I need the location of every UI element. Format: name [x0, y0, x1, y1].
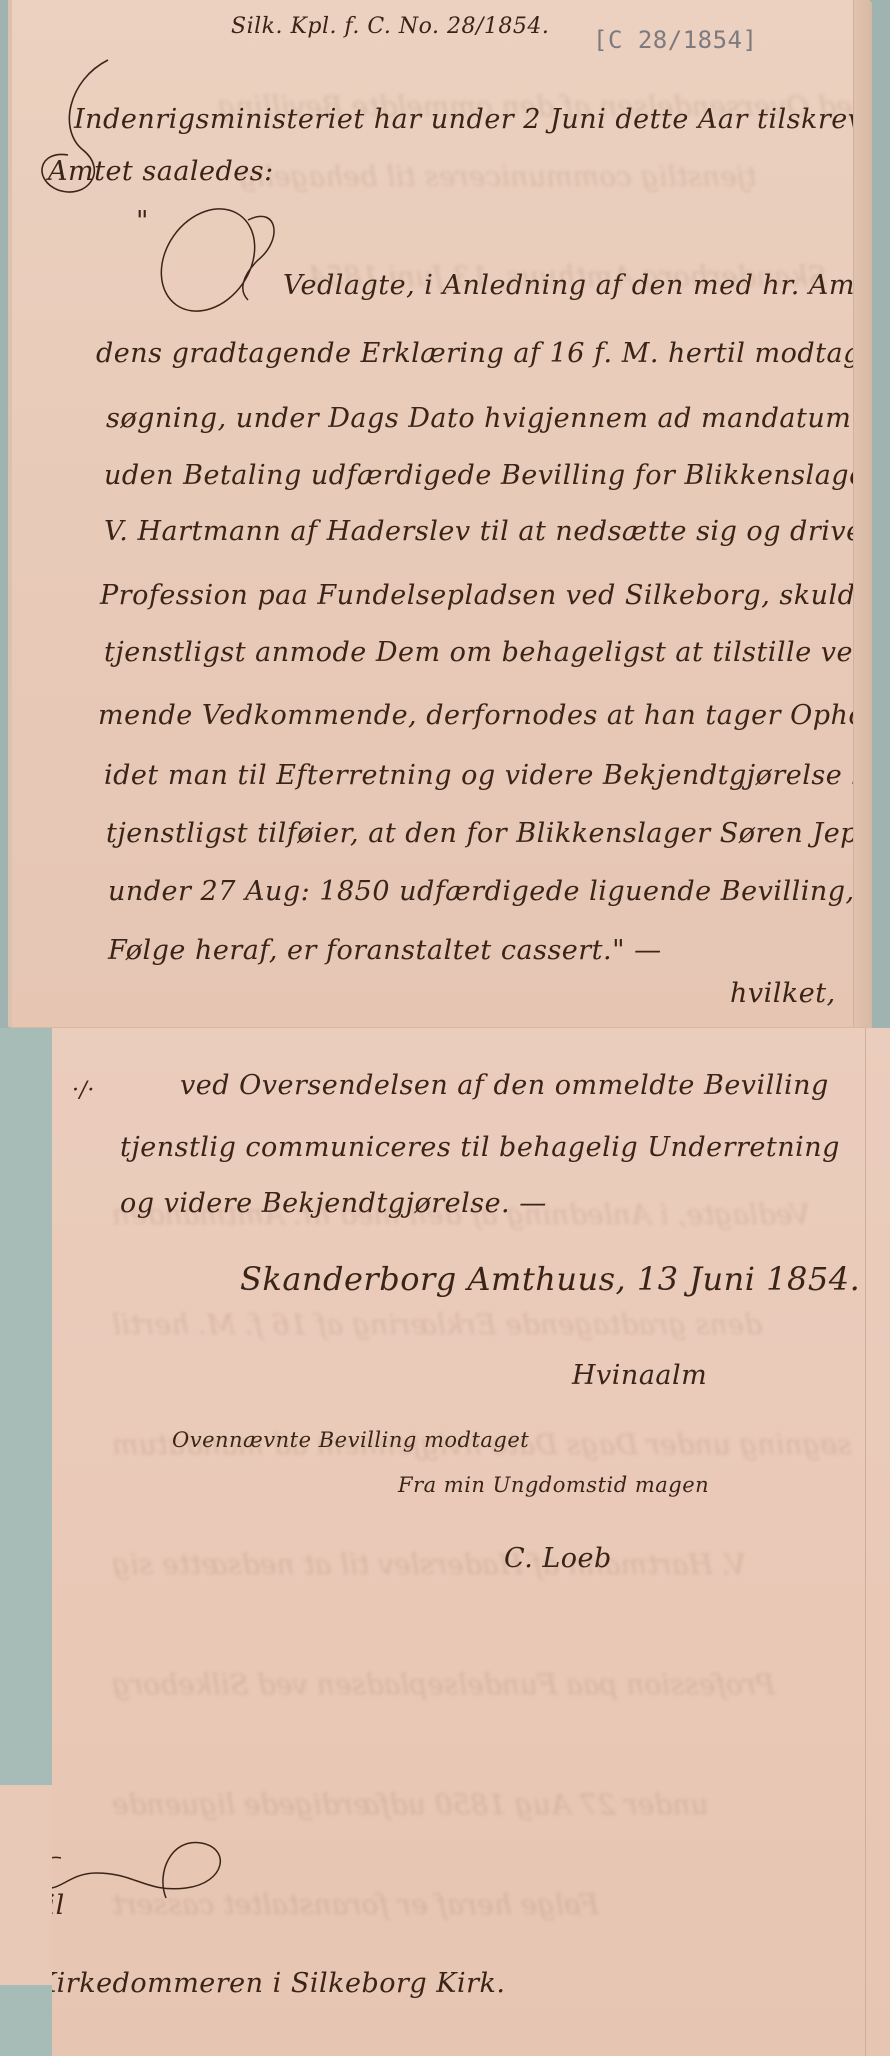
flourish-v-initial-icon [153, 200, 293, 320]
margin-mark: ·/· [72, 1078, 95, 1103]
receipt-note-line-1: Ovennævnte Bevilling modtaget [172, 1428, 529, 1452]
bottom-body-line-2: tjenstlig communiceres til behagelig Und… [120, 1132, 840, 1163]
opening-line-1: Indenrigsministeriet har under 2 Juni de… [74, 104, 870, 135]
body-line-9: idet man til Efterretning og videre Bekj… [104, 760, 870, 791]
letter-page-top: ved Oversendelsen af den ommeldte Bevill… [8, 0, 870, 1027]
flourish-til-icon [52, 1828, 246, 1918]
body-line-3: søgning, under Dags Dato hvigjennem ad m… [106, 403, 870, 434]
opening-line-2: Amtet saaledes: [48, 156, 274, 187]
letter-page-bottom: Vedlagte, i Anledning af den med hr. Amt… [52, 1028, 890, 2056]
place-date: Skanderborg Amthuus, 13 Juni 1854. [240, 1260, 860, 1298]
signature: Hvinaalm [572, 1360, 707, 1391]
body-line-12: Følge heraf, er foranstaltet cassert." — [108, 935, 662, 966]
body-line-4: uden Betaling udfærdigede Bevilling for … [104, 460, 870, 491]
bleed-through-text: Profession paa Fundelsepladsen ved Silke… [112, 1668, 775, 1701]
page-edge [865, 1028, 866, 2056]
bleed-through-text: tjenstlig communiceres til behagelig [238, 160, 757, 193]
header-reference: Silk. Kpl. f. C. No. 28/1854. [231, 14, 549, 39]
address-to: Til [52, 1890, 65, 1921]
underlying-sheet [0, 1785, 52, 1985]
bleed-through-text: dens gradtagende Erklæring af 16 f. M. h… [112, 1308, 762, 1341]
address-line: Kirkedommeren i Silkeborg Kirk. [52, 1968, 505, 1999]
body-line-6: Profession paa Fundelsepladsen ved Silke… [100, 580, 870, 611]
archive-stamp: [C 28/1854] [593, 26, 757, 54]
continuation-word: hvilket, [730, 978, 836, 1009]
body-line-2: dens gradtagende Erklæring af 16 f. M. h… [96, 338, 870, 369]
receipt-signature: C. Loeb [504, 1543, 612, 1574]
body-line-11: under 27 Aug: 1850 udfærdigede liguende … [108, 876, 870, 907]
bottom-body-line-3: og videre Bekjendtgjørelse. — [120, 1188, 547, 1219]
body-line-8: mende Vedkommende, derfornodes at han ta… [98, 700, 870, 731]
body-line-5: V. Hartmann af Haderslev til at nedsætte… [104, 516, 870, 547]
receipt-note-line-2: Fra min Ungdomstid magen [398, 1473, 709, 1497]
bottom-body-line-1: ved Oversendelsen af den ommeldte Bevill… [180, 1070, 829, 1101]
body-line-7: tjenstligst anmode Dem om behageligst at… [104, 637, 870, 668]
quote-mark: " [136, 206, 149, 237]
body-line-10: tjenstligst tilføier, at den for Blikken… [106, 818, 870, 849]
body-line-1: Vedlagte, i Anledning af den med hr. Amt… [283, 270, 870, 301]
bleed-through-text: V. Hartmann af Haderslev til at nedsætte… [112, 1548, 746, 1581]
bleed-through-text: under 27 Aug 1850 udfærdigede liguende [112, 1788, 708, 1821]
